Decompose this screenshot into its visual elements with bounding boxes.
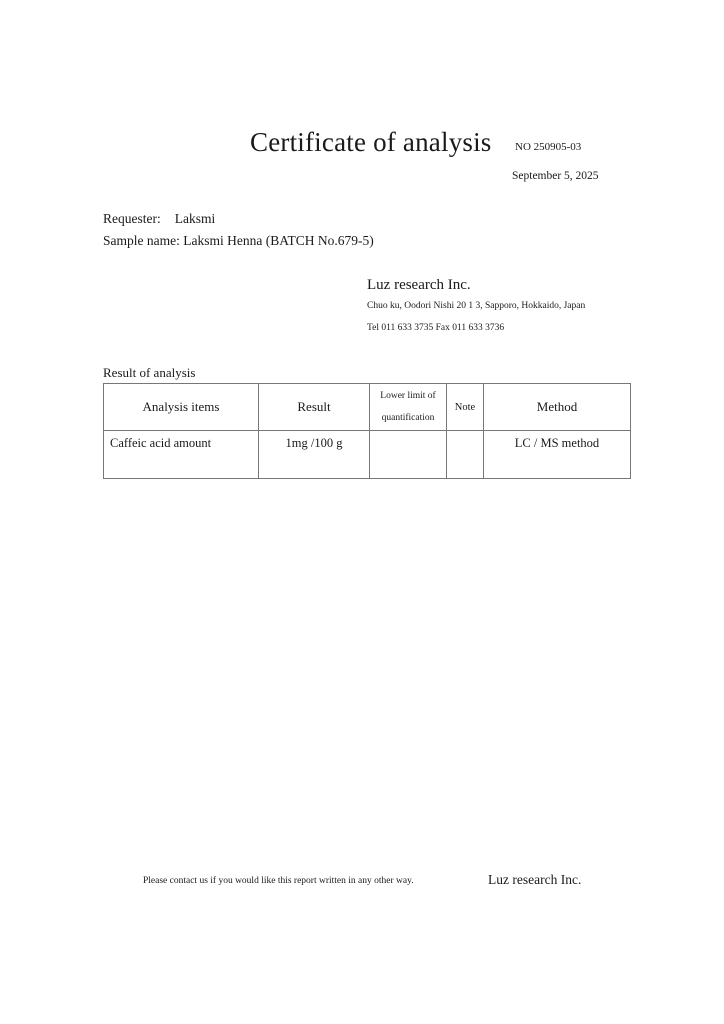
header-lower-limit-line1: Lower limit of [370, 385, 446, 407]
cell-lower-limit [370, 431, 447, 479]
results-header-row: Analysis items Result Lower limit of qua… [104, 384, 631, 431]
issue-date: September 5, 2025 [512, 170, 599, 182]
header-method: Method [484, 384, 631, 431]
document-title: Certificate of analysis [250, 127, 492, 158]
cell-note [447, 431, 484, 479]
results-section-label: Result of analysis [103, 365, 195, 381]
sample-name-value: Laksmi Henna (BATCH No.679-5) [183, 233, 373, 248]
header-lower-limit: Lower limit of quantification [370, 384, 447, 431]
results-table: Analysis items Result Lower limit of qua… [103, 383, 631, 479]
certificate-number: NO 250905-03 [515, 141, 581, 153]
requester-line: Requester:Laksmi [103, 211, 215, 227]
header-result: Result [259, 384, 370, 431]
cell-item: Caffeic acid amount [104, 431, 259, 479]
requester-value: Laksmi [175, 211, 216, 226]
header-lower-limit-line2: quantification [370, 407, 446, 429]
sample-name-label: Sample name: [103, 233, 180, 248]
issuer-contact: Tel 011 633 3735 Fax 011 633 3736 [367, 323, 504, 333]
cell-method: LC / MS method [484, 431, 631, 479]
sample-name-line: Sample name: Laksmi Henna (BATCH No.679-… [103, 233, 374, 249]
table-row: Caffeic acid amount 1mg /100 g LC / MS m… [104, 431, 631, 479]
footer-note: Please contact us if you would like this… [143, 876, 414, 886]
header-note: Note [447, 384, 484, 431]
issuer-company: Luz research Inc. [367, 277, 471, 294]
header-analysis-items: Analysis items [104, 384, 259, 431]
footer-company: Luz research Inc. [488, 872, 581, 888]
issuer-address: Chuo ku, Oodori Nishi 20 1 3, Sapporo, H… [367, 301, 585, 311]
requester-label: Requester: [103, 211, 161, 226]
cell-result: 1mg /100 g [259, 431, 370, 479]
